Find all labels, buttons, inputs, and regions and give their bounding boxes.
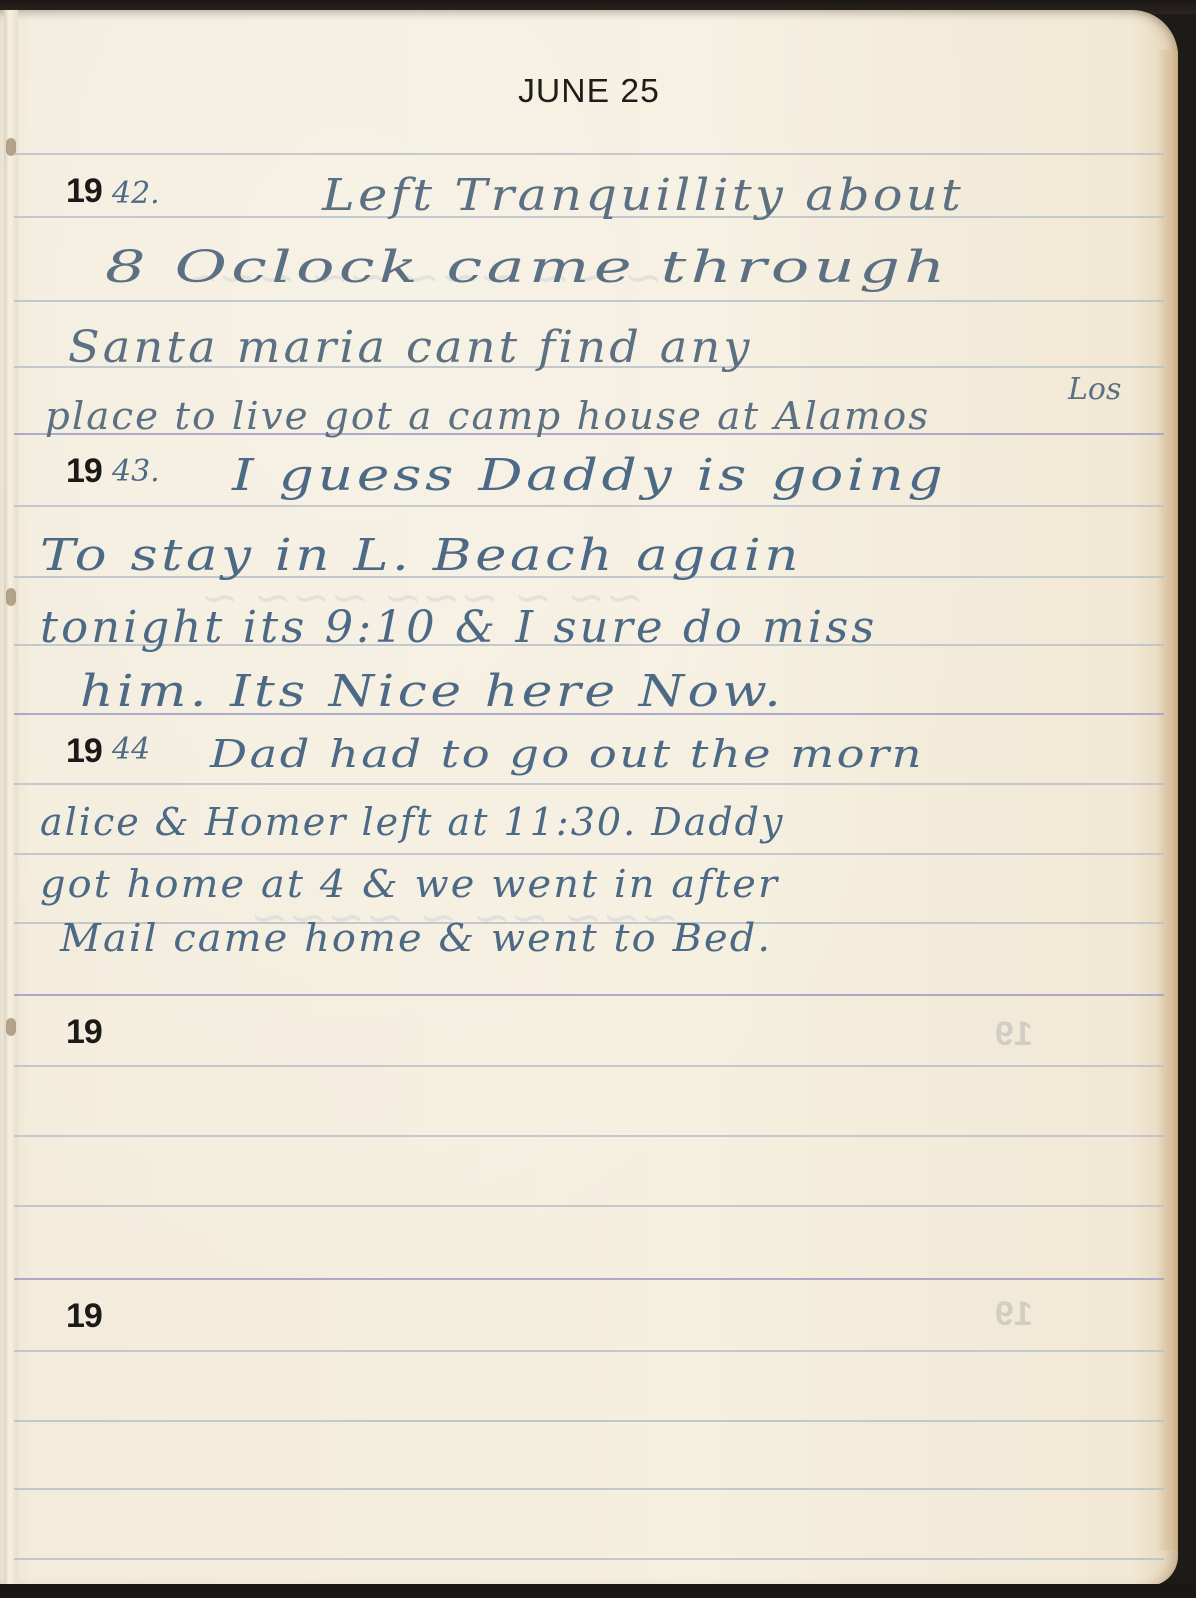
year-handwritten-suffix: 44 — [112, 732, 150, 767]
scan-border-bottom — [0, 1584, 1196, 1598]
handwritten-line: Left Tranquillity about — [322, 170, 964, 221]
handwritten-line: got home at 4 & we went in after — [40, 862, 779, 906]
year-label: 19 — [66, 1297, 102, 1336]
year-label: 19 — [66, 732, 102, 771]
handwritten-line: tonight its 9:10 & I sure do miss — [40, 602, 877, 653]
section-divider — [14, 994, 1164, 996]
ruled-line — [14, 1350, 1164, 1352]
year-label: 19 — [66, 172, 102, 211]
bleed-through-year: 19 — [995, 1015, 1033, 1054]
ruled-line — [14, 1205, 1164, 1207]
ruled-line — [14, 1558, 1164, 1560]
bleed-through-year: 19 — [995, 1295, 1033, 1334]
handwritten-line: alice & Homer left at 11:30. Daddy — [40, 800, 784, 844]
binding-stitch — [6, 1018, 16, 1036]
ruled-line — [14, 1488, 1164, 1490]
handwritten-line: Dad had to go out the morn — [210, 732, 924, 776]
handwritten-line: Santa maria cant find any — [68, 322, 753, 373]
ruled-line — [14, 505, 1164, 507]
year-handwritten-suffix: 42. — [112, 176, 160, 211]
ruled-line — [14, 1420, 1164, 1422]
handwritten-line: 8 Oclock came through — [105, 242, 950, 293]
handwritten-line: I guess Daddy is going — [232, 450, 947, 501]
ruled-line — [14, 300, 1164, 302]
handwritten-line: Mail came home & went to Bed. — [60, 916, 772, 960]
diary-page: ~ ~~ ~~~ ~~ ~~~ ~~ ~ ~~~ ~~~ ~ ~~~ ~~ ~ … — [0, 10, 1178, 1586]
ruled-line — [14, 1135, 1164, 1137]
handwritten-insertion: Los — [1068, 372, 1121, 407]
year-handwritten-suffix: 43. — [112, 454, 160, 489]
year-label: 19 — [66, 452, 102, 491]
ruled-line — [14, 153, 1164, 155]
handwritten-line: place to live got a camp house at Alamos — [45, 394, 930, 438]
ruled-line — [14, 783, 1164, 785]
ruled-line — [14, 1065, 1164, 1067]
binding-stitch — [6, 588, 16, 606]
year-label: 19 — [66, 1013, 102, 1052]
handwritten-line: To stay in L. Beach again — [40, 530, 802, 581]
page-edge-right — [1156, 50, 1178, 1550]
page-date-heading: JUNE 25 — [0, 72, 1178, 110]
section-divider — [14, 1278, 1164, 1280]
handwritten-line: him. Its Nice here Now. — [80, 666, 784, 717]
ruled-line — [14, 853, 1164, 855]
